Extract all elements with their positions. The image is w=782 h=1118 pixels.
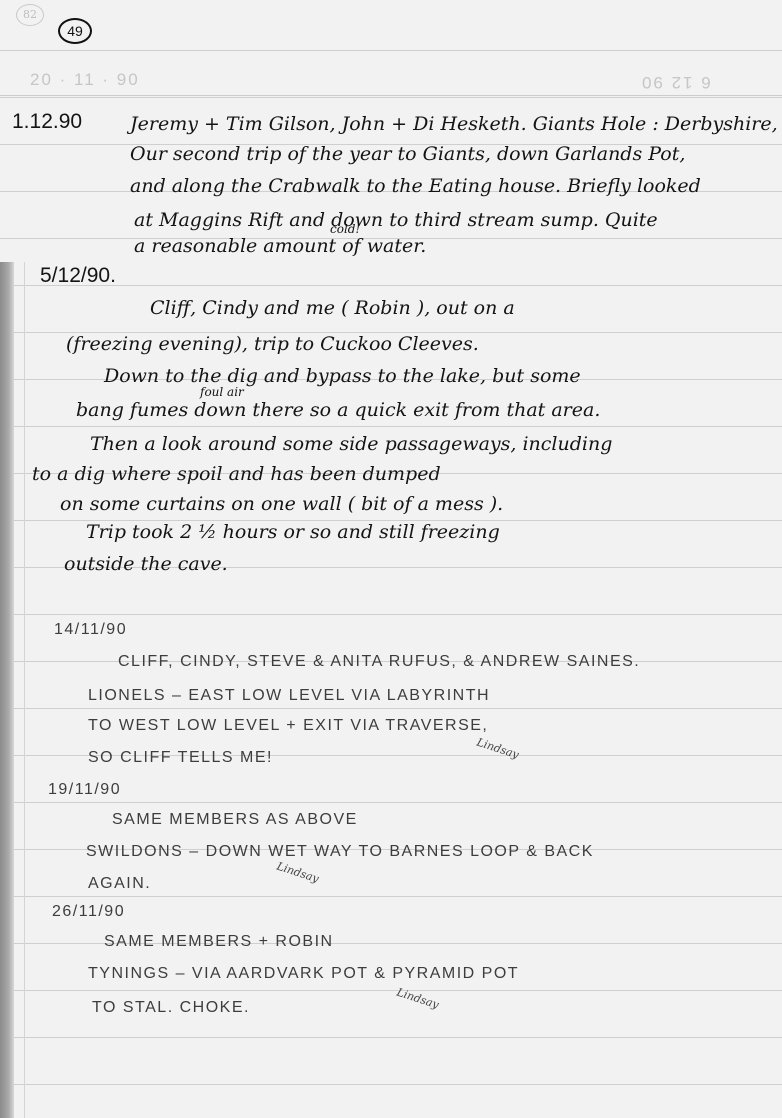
entry-line: so Cliff tells me! — [88, 746, 273, 770]
page-binding — [0, 262, 14, 1118]
entry-line: again. — [88, 872, 151, 896]
entry-date: 19/11/90 — [48, 778, 121, 802]
entry-line: at Maggins Rift and down to third stream… — [134, 208, 658, 232]
entry-line: Lionels – East Low Level via Labyrinth — [88, 684, 490, 708]
bleed-through-text — [100, 1030, 104, 1048]
entry-date: 14/11/90 — [54, 618, 127, 642]
margin-insertion: foul air — [200, 385, 244, 399]
signature: Lindsay — [395, 986, 440, 1012]
faint-header-date-right: 6 12 90 — [640, 72, 711, 92]
entry-line: to a dig where spoil and has been dumped — [32, 462, 441, 486]
entry-line: (freezing evening), trip to Cuckoo Cleev… — [66, 332, 479, 356]
entry-line: Tynings – via Aardvark Pot & Pyramid Pot — [88, 962, 519, 986]
entry-line: Then a look around some side passageways… — [90, 432, 612, 456]
signature: Lindsay — [475, 736, 520, 762]
entry-line: a reasonable amount of water. — [134, 234, 426, 258]
header-rule — [0, 95, 782, 96]
faint-page-number: 82 — [16, 4, 44, 26]
entry-date: 5/12/90. — [40, 264, 116, 288]
margin-insertion: cold! — [330, 222, 360, 236]
page-number: 49 — [58, 18, 92, 44]
entry-line: Same members as above — [112, 808, 358, 832]
entry-date: 26/11/90 — [52, 900, 125, 924]
margin-line — [24, 262, 25, 1118]
entry-line: Cliff, Cindy, Steve & Anita Rufus, & And… — [118, 650, 640, 674]
faint-header-date-left: 20 · 11 · 90 — [30, 70, 140, 90]
entry-line: and along the Crabwalk to the Eating hou… — [130, 174, 701, 198]
entry-line: Cliff, Cindy and me ( Robin ), out on a — [150, 296, 515, 320]
bleed-through-text — [110, 586, 114, 604]
logbook-page: 82 49 20 · 11 · 90 6 12 90 1.12.90 Jerem… — [0, 0, 782, 1118]
entry-line: Our second trip of the year to Giants, d… — [130, 142, 685, 166]
entry-line: Jeremy + Tim Gilson, John + Di Hesketh. … — [130, 112, 778, 136]
entry-date: 1.12.90 — [12, 110, 82, 134]
entry-line: to Stal. Choke. — [92, 996, 250, 1020]
entry-line: Swildons – down wet way to Barnes Loop &… — [86, 840, 594, 864]
entry-line: on some curtains on one wall ( bit of a … — [60, 492, 503, 516]
entry-line: Down to the dig and bypass to the lake, … — [104, 364, 581, 388]
entry-line: outside the cave. — [64, 552, 228, 576]
entry-line: to West Low Level + exit via Traverse, — [88, 714, 488, 738]
entry-line: Same members + Robin — [104, 930, 334, 954]
entry-line: Trip took 2 ½ hours or so and still free… — [86, 520, 500, 544]
entry-line: bang fumes down there so a quick exit fr… — [76, 398, 600, 422]
